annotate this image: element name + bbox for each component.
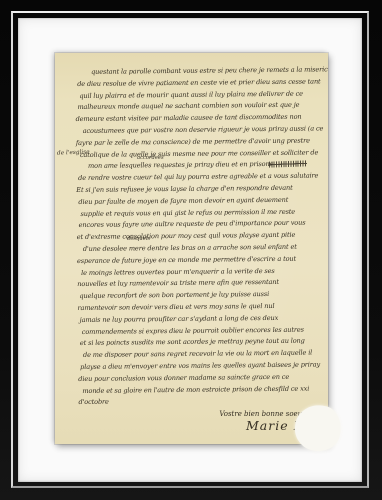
manuscript-line-29: d'octobre [78,395,323,409]
valediction: Vostre bien bonne soeur & [164,410,314,418]
letter-closing: Vostre bien bonne soeur & Marie R [164,410,314,433]
margin-note: de l'esglise [57,149,90,156]
picture-frame: questant la parolle combant vous estre s… [0,0,382,500]
mat-board: questant la parolle combant vous estre s… [18,18,362,482]
letter-body: questant la parolle combant vous estre s… [75,64,324,409]
signature-marie-r: Marie R [164,418,314,433]
interlinear-insertion-1: accordees [137,155,164,161]
manuscript-page: questant la parolle combant vous estre s… [55,53,328,444]
interlinear-insertion-2: desquels [127,236,150,242]
framed-letter-photo: questant la parolle combant vous estre s… [0,0,382,500]
